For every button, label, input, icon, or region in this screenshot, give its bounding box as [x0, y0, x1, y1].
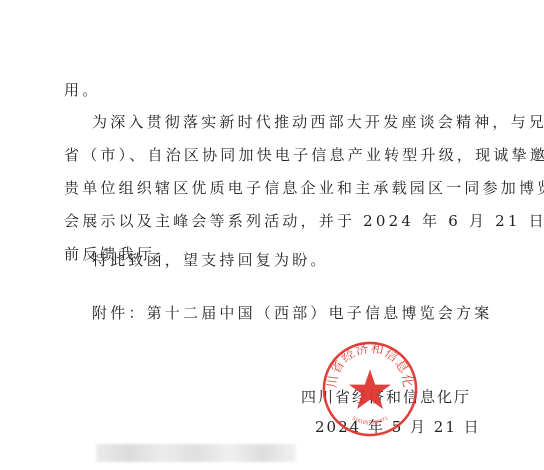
signature-date: 2024 年 5 月 21 日	[315, 416, 481, 437]
closing-line: 特此致函，望支持回复为盼。	[92, 250, 329, 270]
paragraph-1-line: 贵单位组织辖区优质电子信息企业和主承载园区一同参加博览	[64, 178, 544, 198]
paragraph-1-line: 会展示以及主峰会等系列活动，并于 2024 年 6 月 21 日（星期五）	[64, 211, 544, 231]
signature-org: 四川省经济和信息化厅	[301, 386, 471, 407]
paragraph-1-line: 省（市）、自治区协同加快电子信息产业转型升级，现诚挚邀请	[64, 145, 544, 165]
text-line: 用。	[64, 80, 100, 100]
attachment-line: 附件：第十二届中国（西部）电子信息博览会方案	[92, 303, 492, 323]
redacted-footer	[96, 444, 296, 462]
paragraph-1-line: 为深入贯彻落实新时代推动西部大开发座谈会精神，与兄弟	[92, 112, 544, 132]
svg-text:四川省经济和信息化厅: 四川省经济和信息化厅	[321, 340, 415, 389]
